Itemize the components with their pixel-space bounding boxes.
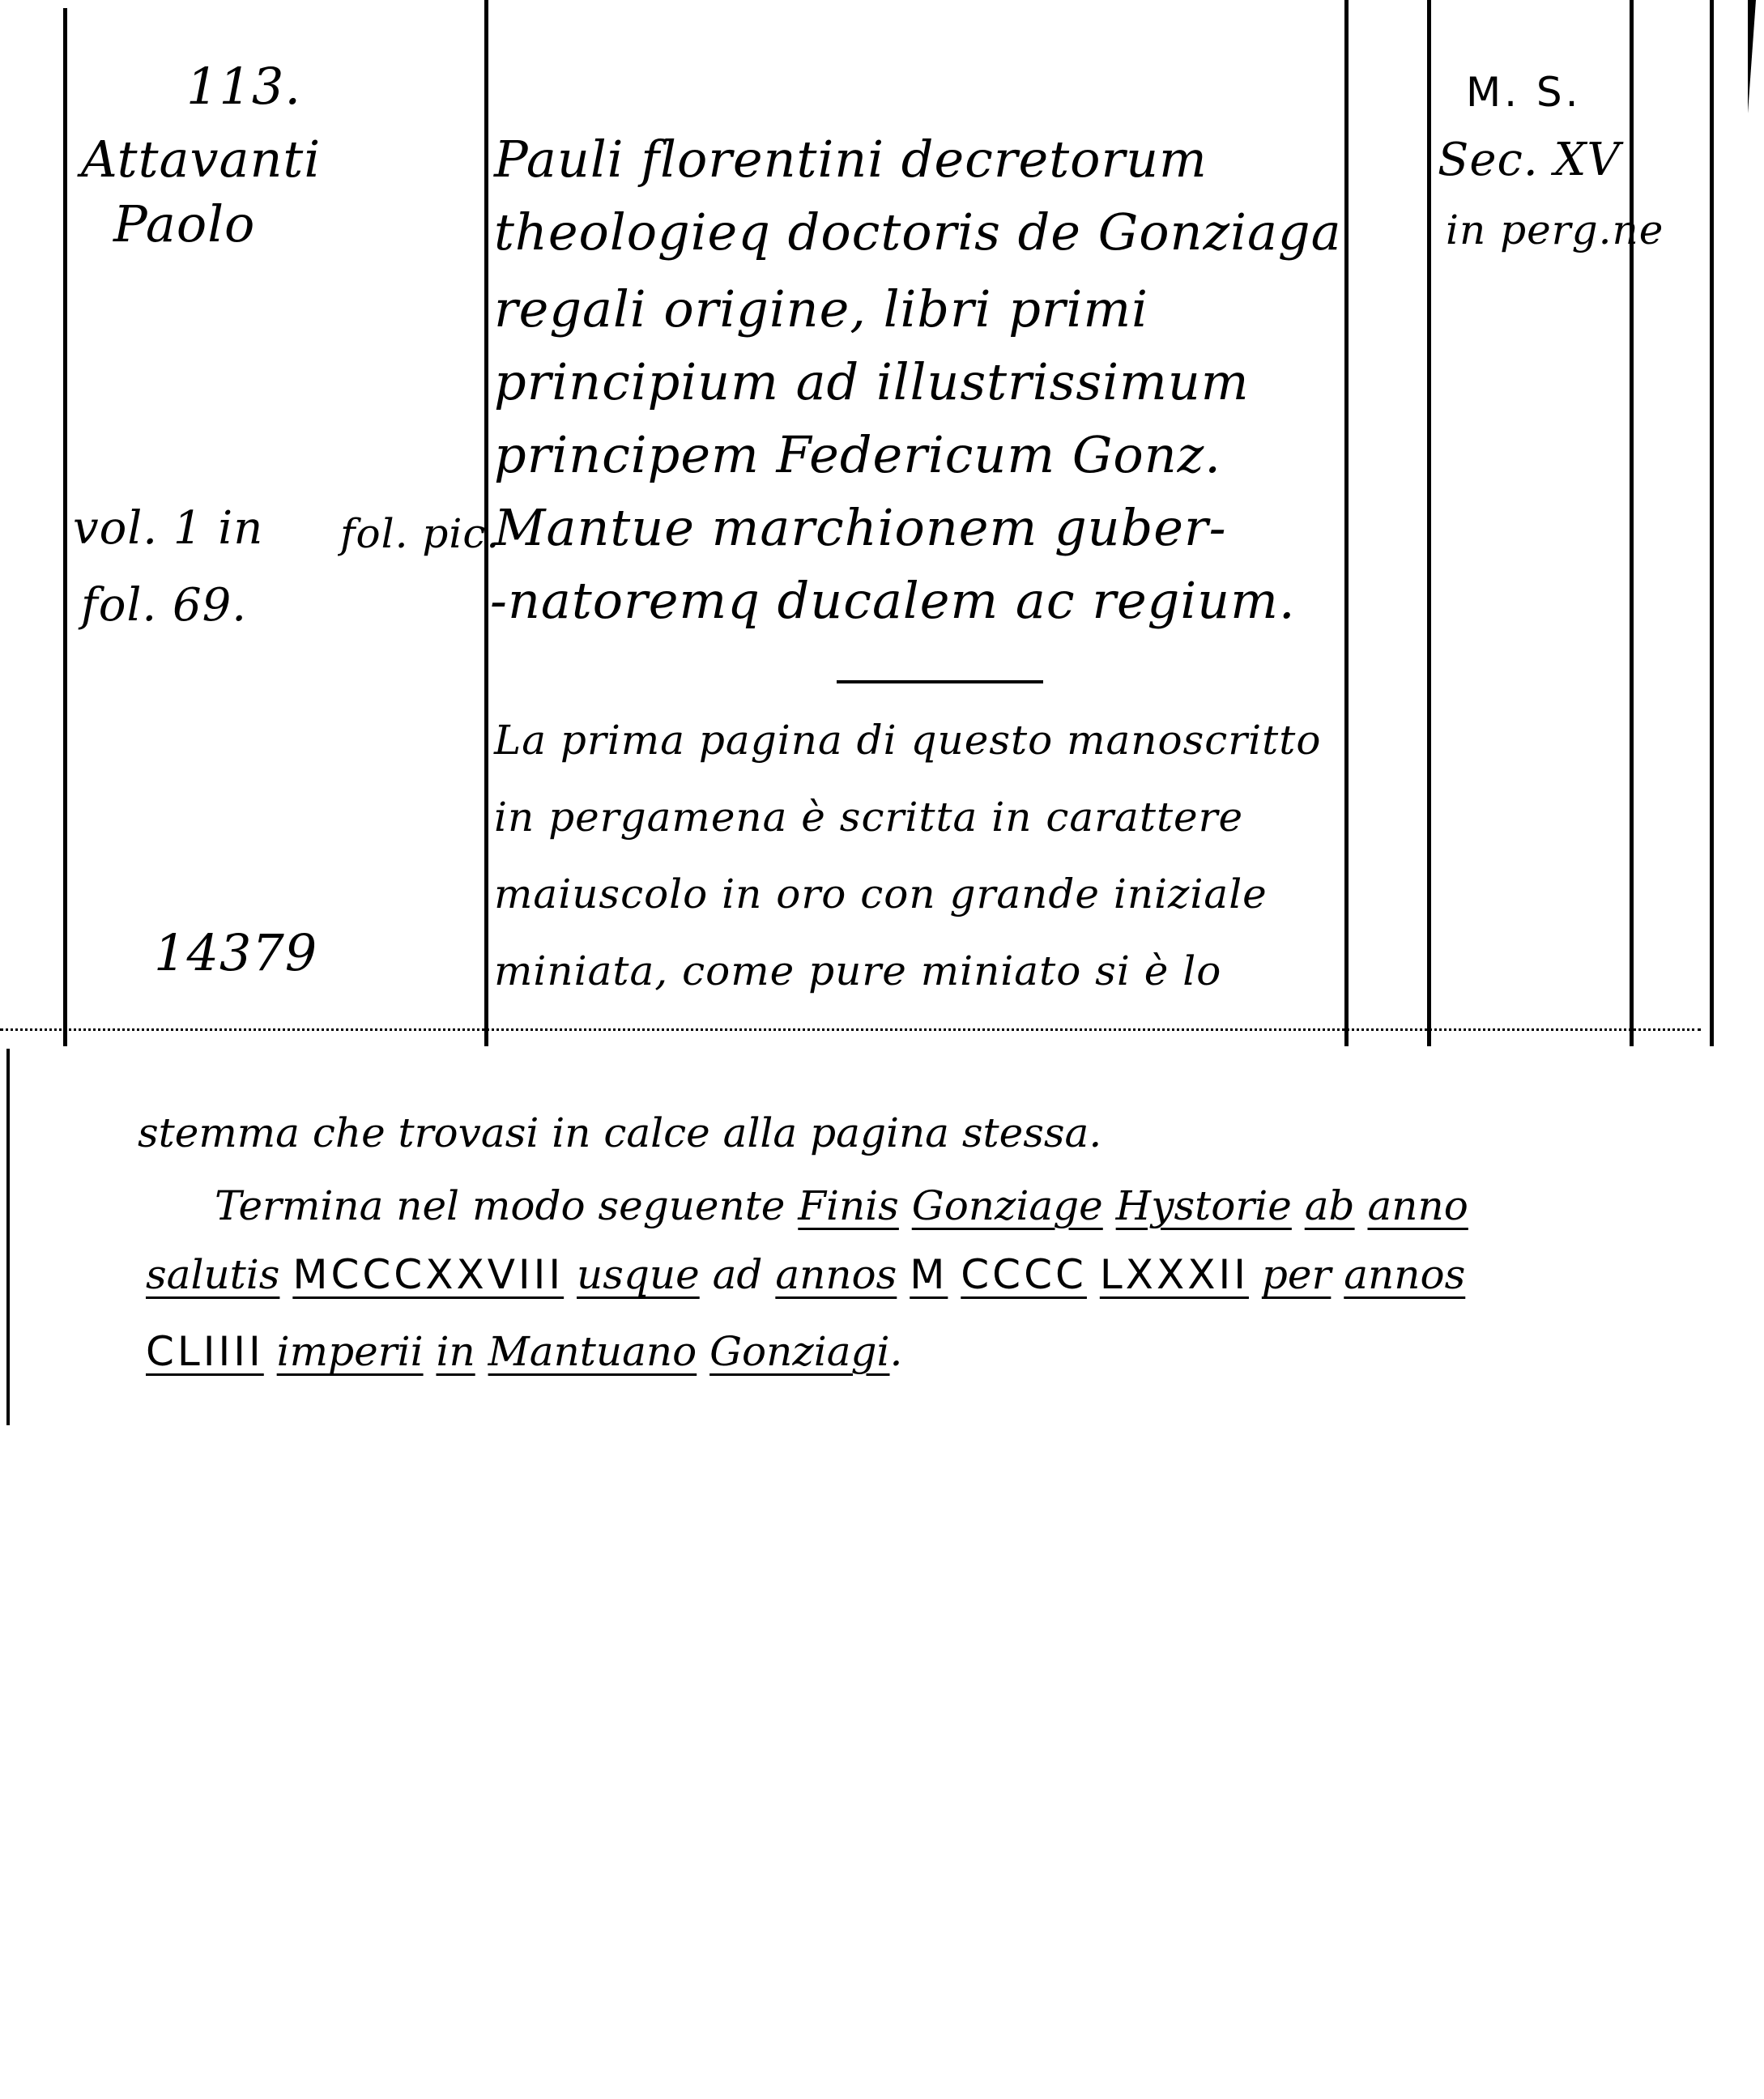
underlined-text: imperii [277, 1328, 424, 1375]
underlined-text: annos [775, 1251, 897, 1298]
title-line: theologieq doctoris de Gonziaga [494, 202, 1342, 262]
underlined-text: MCCCXXVIII [292, 1251, 564, 1298]
author-firstname: Paolo [113, 194, 255, 253]
column-rule-margin [1710, 0, 1714, 1046]
underlined-text: salutis [146, 1251, 279, 1298]
classification-type: M. S. [1466, 69, 1582, 116]
text-segment [1249, 1251, 1262, 1298]
title-line: Mantue marchionem guber- [494, 498, 1227, 557]
section-divider [837, 680, 1043, 683]
underlined-text: Gonziage [912, 1182, 1103, 1229]
description-line: salutis MCCCXXVIII usque ad annos M CCCC… [146, 1251, 1465, 1298]
column-rule-title-right [1344, 0, 1349, 1046]
title-line: -natoremq ducalem ac regium. [490, 571, 1296, 630]
author-surname: Attavanti [81, 130, 321, 189]
underlined-text: ab [1305, 1182, 1355, 1229]
underlined-text: Gonziagi [709, 1328, 889, 1375]
entry-number: 113. [186, 57, 301, 116]
column-rule-class-right [1630, 0, 1634, 1046]
text-segment: ad [700, 1251, 776, 1298]
column-rule-class-left [1427, 0, 1431, 1046]
underlined-text: CLIIII [146, 1328, 264, 1375]
underlined-text: usque [577, 1251, 700, 1298]
volume-count: vol. 1 in [73, 502, 263, 555]
text-segment [279, 1251, 292, 1298]
underlined-text: CCCC [961, 1251, 1087, 1298]
title-line: regali origine, libri primi [494, 279, 1148, 338]
text-segment [1292, 1182, 1305, 1229]
title-line: principem Federicum Gonz. [494, 425, 1221, 484]
description-line: miniata, come pure miniato si è lo [494, 947, 1221, 994]
continuation-left-rule [6, 1049, 10, 1425]
underlined-text: M [910, 1251, 948, 1298]
text-segment [424, 1328, 437, 1375]
underlined-text: Hystorie [1116, 1182, 1292, 1229]
text-segment [897, 1251, 910, 1298]
underlined-text: annos [1344, 1251, 1465, 1298]
underlined-text: LXXXII [1100, 1251, 1249, 1298]
text-segment [948, 1251, 961, 1298]
description-line: in pergamena è scritta in carattere [494, 794, 1243, 841]
text-segment [475, 1328, 488, 1375]
text-segment [697, 1328, 709, 1375]
description-line: stemma che trovasi in calce alla pagina … [138, 1109, 1101, 1156]
classification-century: Sec. XV [1438, 134, 1621, 186]
folio-count: fol. 69. [81, 579, 247, 632]
title-line: principium ad illustrissimum [494, 352, 1250, 411]
underlined-text: anno [1367, 1182, 1468, 1229]
volume-format: fol. pic. [340, 510, 500, 557]
text-segment [1103, 1182, 1116, 1229]
description-line: Termina nel modo seguente Finis Gonziage… [215, 1182, 1468, 1229]
classification-material: in perg.ne [1446, 206, 1664, 253]
column-rule-left [63, 8, 67, 1046]
text-segment: stemma che trovasi in calce alla pagina … [138, 1109, 1101, 1156]
text-segment: . [890, 1328, 903, 1375]
text-segment [1355, 1182, 1368, 1229]
page-edge-mark [1748, 0, 1756, 113]
description-line: La prima pagina di questo manoscritto [494, 717, 1321, 764]
description-line: CLIIII imperii in Mantuano Gonziagi. [146, 1328, 902, 1375]
text-segment [1087, 1251, 1100, 1298]
description-line: maiuscolo in oro con grande iniziale [494, 871, 1268, 918]
underlined-text: Finis [798, 1182, 899, 1229]
text-segment [564, 1251, 577, 1298]
text-segment [264, 1328, 277, 1375]
row-bottom-dotted-rule [0, 1028, 1701, 1031]
inventory-number: 14379 [154, 923, 317, 982]
text-segment [899, 1182, 912, 1229]
underlined-text: Mantuano [488, 1328, 697, 1375]
text-segment [1331, 1251, 1344, 1298]
title-line: Pauli florentini decretorum [494, 130, 1208, 189]
underlined-text: in [436, 1328, 475, 1375]
underlined-text: per [1262, 1251, 1332, 1298]
text-segment: Termina nel modo seguente [215, 1182, 798, 1229]
manuscript-catalog-page: 113. Attavanti Paolo vol. 1 in fol. pic.… [0, 0, 1764, 2099]
